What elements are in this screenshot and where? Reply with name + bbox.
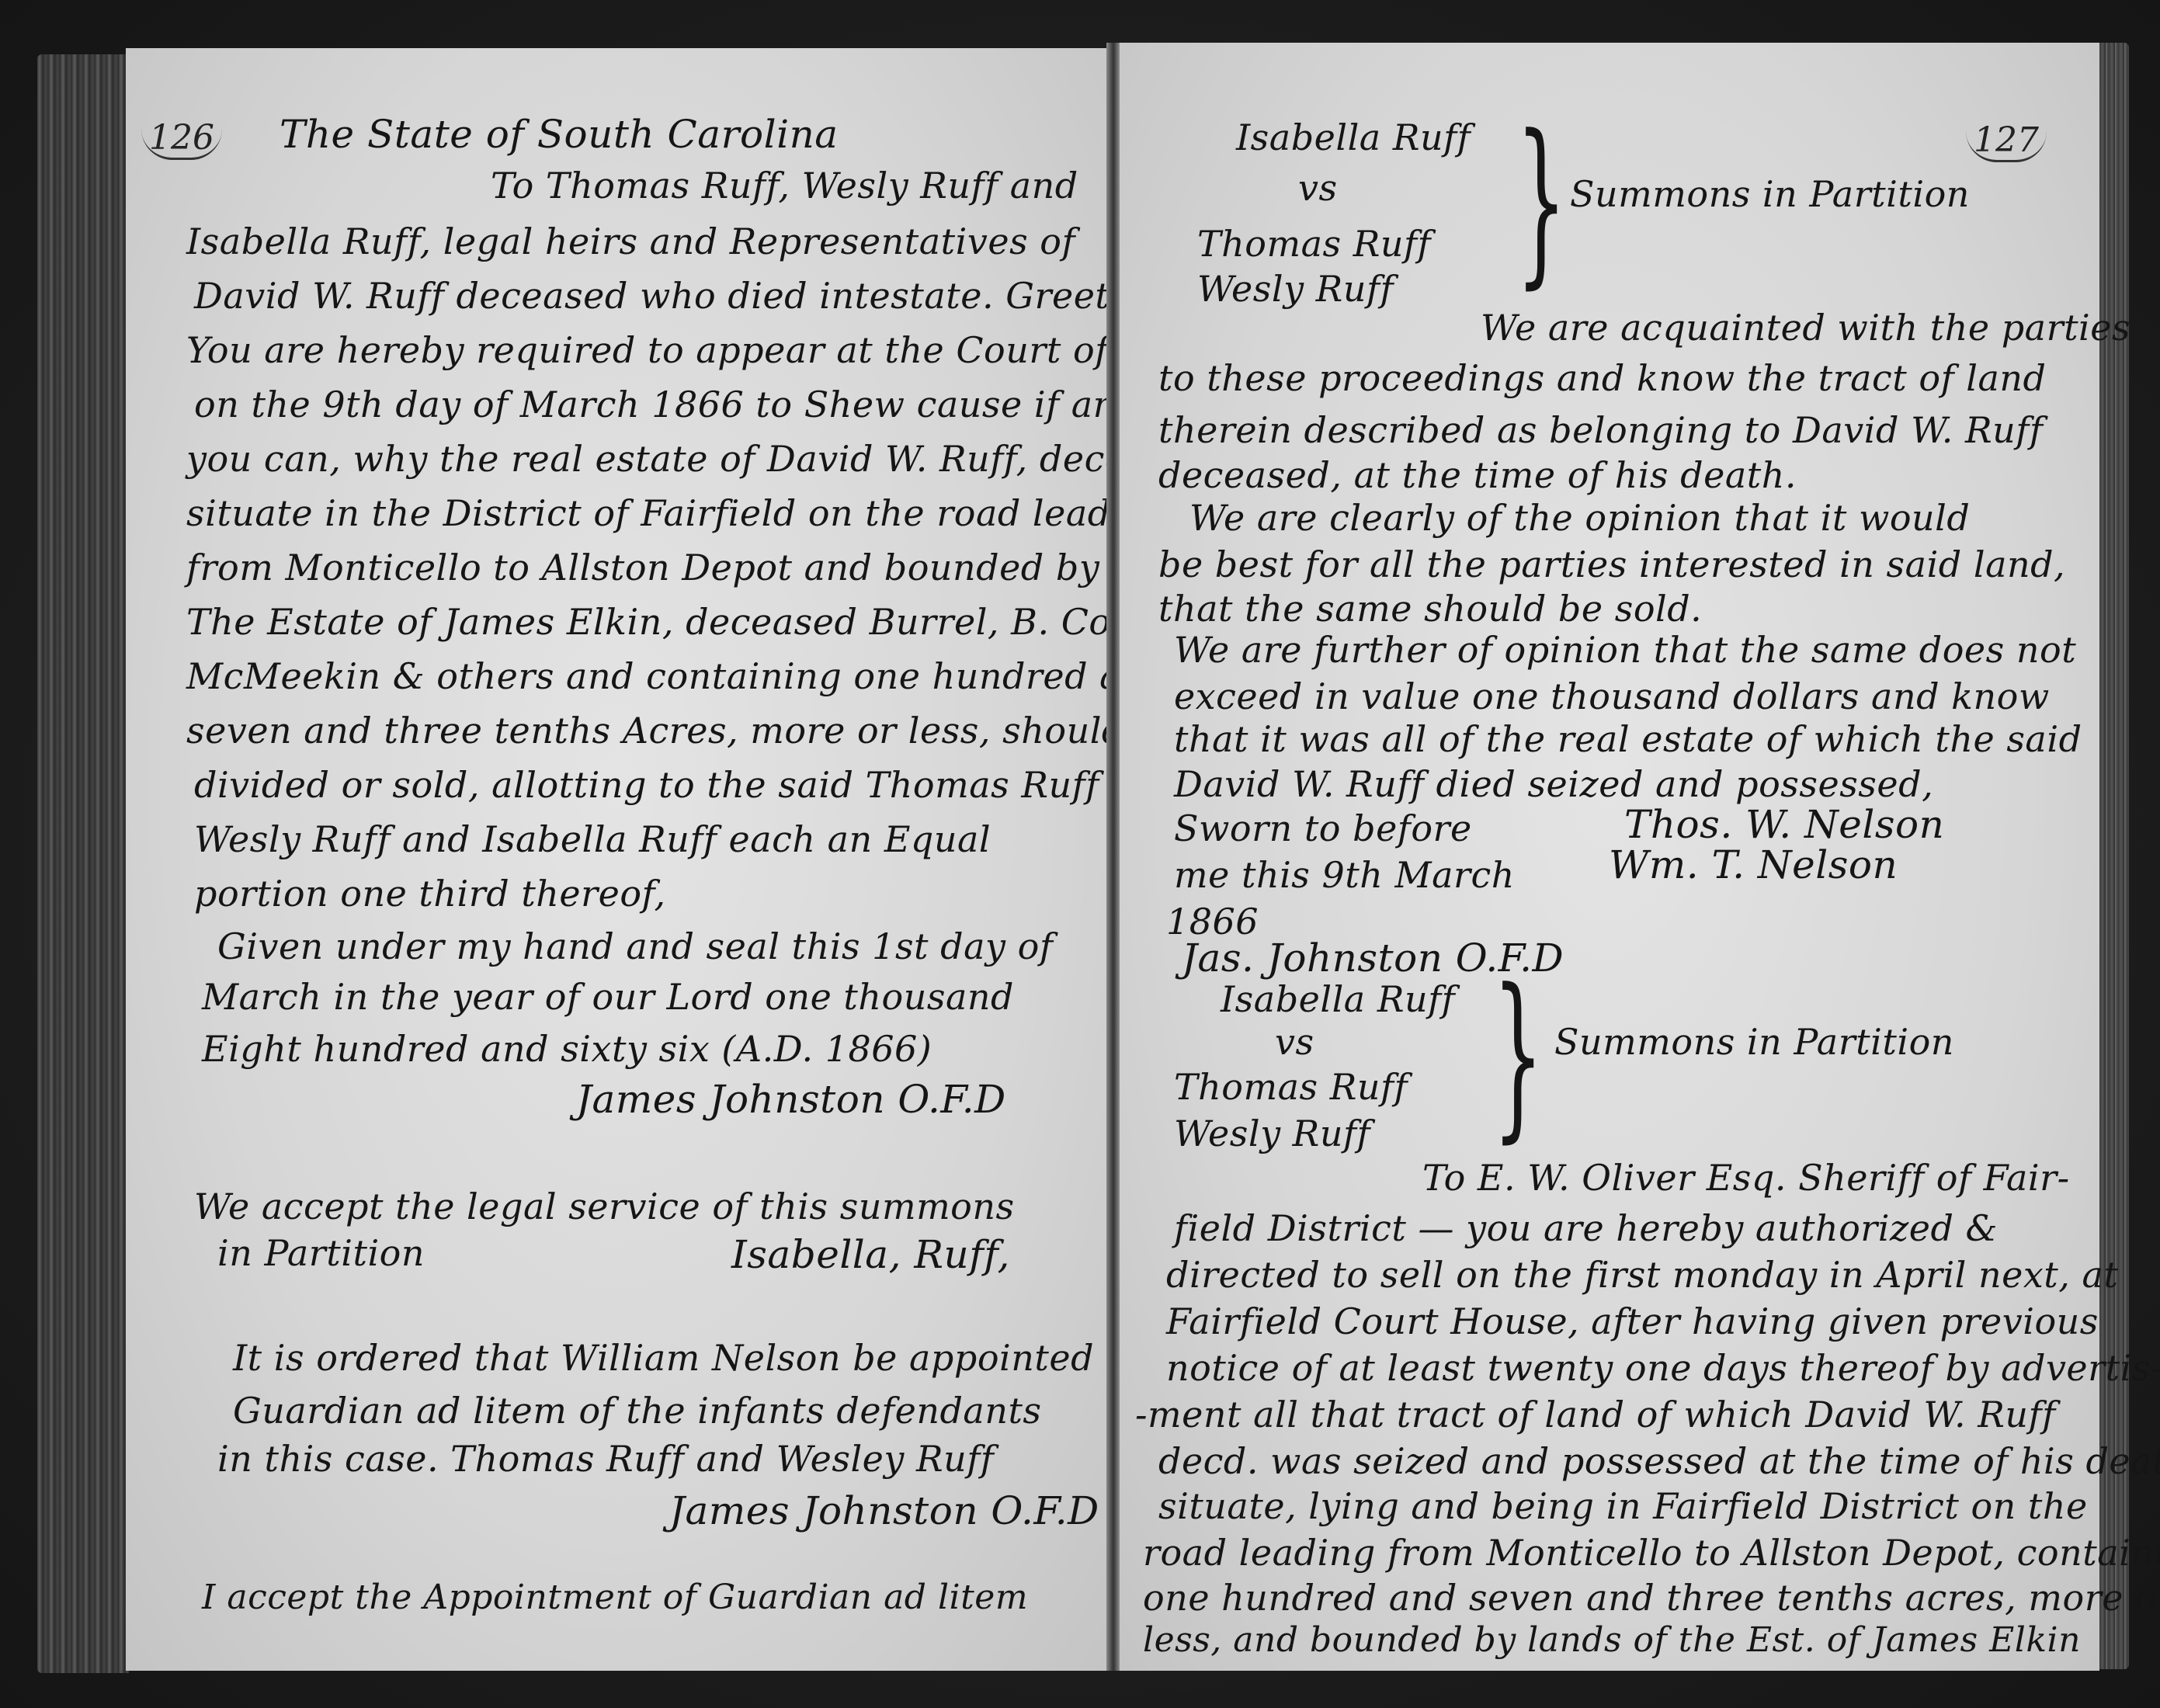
text-line: one hundred and seven and three tenths a… bbox=[1143, 1577, 2160, 1619]
text-line: portion one third thereof, bbox=[194, 873, 666, 915]
signature-isabella-ruff: Isabella, Ruff, bbox=[731, 1232, 1010, 1277]
defendant-name: Wesly Ruff bbox=[1174, 1113, 1370, 1154]
brace-icon: } bbox=[1492, 967, 1544, 1145]
text-line: exceed in value one thousand dollars and… bbox=[1174, 675, 2050, 717]
text-line: therein described as belonging to David … bbox=[1158, 409, 2043, 451]
text-line: It is ordered that William Nelson be app… bbox=[233, 1337, 1094, 1379]
text-line: that the same should be sold. bbox=[1158, 588, 1702, 630]
versus-label: vs bbox=[1275, 1021, 1314, 1063]
defendant-name: Thomas Ruff bbox=[1197, 223, 1431, 265]
text-line: to these proceedings and know the tract … bbox=[1158, 357, 2046, 399]
text-line: Wesly Ruff and Isabella Ruff each an Equ… bbox=[194, 818, 991, 860]
text-line: road leading from Monticello to Allston … bbox=[1143, 1532, 2160, 1574]
right-page: 127 Isabella Ruff vs Thomas Ruff Wesly R… bbox=[1120, 43, 2099, 1671]
left-page-edges bbox=[37, 54, 129, 1673]
text-line: you can, why the real estate of David W.… bbox=[186, 438, 1211, 480]
text-line: notice of at least twenty one days there… bbox=[1166, 1347, 2160, 1389]
text-line: Given under my hand and seal this 1st da… bbox=[217, 925, 1053, 967]
text-line: that it was all of the real estate of wh… bbox=[1174, 718, 2082, 760]
text-line: Isabella Ruff, legal heirs and Represent… bbox=[186, 220, 1075, 262]
text-line: from Monticello to Allston Depot and bou… bbox=[186, 547, 1258, 588]
caption-title: Summons in Partition bbox=[1570, 173, 1970, 215]
text-line: March in the year of our Lord one thousa… bbox=[202, 976, 1014, 1018]
text-line: Sworn to before bbox=[1174, 807, 1472, 849]
signature-wm-nelson: Wm. T. Nelson bbox=[1609, 842, 1898, 887]
text-line: Guardian ad litem of the infants defenda… bbox=[233, 1390, 1042, 1432]
text-line: We are further of opinion that the same … bbox=[1174, 629, 2076, 671]
book-gutter bbox=[1106, 43, 1120, 1671]
text-line: less, and bounded by lands of the Est. o… bbox=[1143, 1620, 2081, 1660]
text-line: Eight hundred and sixty six (A.D. 1866) bbox=[202, 1028, 932, 1070]
text-line: David W. Ruff deceased who died intestat… bbox=[194, 275, 1181, 317]
left-page: 126 The State of South Carolina To Thoma… bbox=[126, 48, 1109, 1671]
document-title: The State of South Carolina bbox=[280, 112, 839, 157]
signature-judge-2: James Johnston O.F.D bbox=[669, 1488, 1099, 1533]
signature-judge-1: James Johnston O.F.D bbox=[576, 1077, 1006, 1122]
text-line: Fairfield Court House, after having give… bbox=[1166, 1300, 2099, 1342]
text-line: in this case. Thomas Ruff and Wesley Ruf… bbox=[217, 1438, 994, 1480]
plaintiff-name: Isabella Ruff bbox=[1236, 116, 1471, 158]
text-line: situate in the District of Fairfield on … bbox=[186, 492, 1169, 534]
text-line: The Estate of James Elkin, deceased Burr… bbox=[186, 601, 1204, 643]
text-line: To Thomas Ruff, Wesly Ruff and bbox=[491, 165, 1078, 207]
text-line: David W. Ruff died seized and possessed, bbox=[1174, 763, 1933, 805]
text-line: decd. was seized and possessed at the ti… bbox=[1158, 1440, 2160, 1482]
text-line: McMeekin & others and containing one hun… bbox=[186, 655, 1168, 697]
text-line: me this 9th March bbox=[1174, 854, 1515, 896]
text-line: field District — you are hereby authoriz… bbox=[1174, 1207, 1998, 1249]
text-line: We are clearly of the opinion that it wo… bbox=[1189, 497, 1970, 539]
text-line: We accept the legal service of this summ… bbox=[194, 1186, 1015, 1227]
text-line: directed to sell on the first monday in … bbox=[1166, 1254, 2118, 1296]
defendant-name: Thomas Ruff bbox=[1174, 1066, 1408, 1108]
versus-label: vs bbox=[1298, 167, 1338, 209]
page-number-left: 126 bbox=[141, 118, 222, 160]
brace-icon: } bbox=[1516, 113, 1567, 291]
signature-thos-nelson: Thos. W. Nelson bbox=[1624, 802, 1944, 847]
text-line: on the 9th day of March 1866 to Shew cau… bbox=[194, 384, 1137, 425]
text-line: To E. W. Oliver Esq. Sheriff of Fair- bbox=[1422, 1157, 2070, 1199]
text-line: I accept the Appointment of Guardian ad … bbox=[202, 1578, 1028, 1617]
caption-title: Summons in Partition bbox=[1554, 1021, 1954, 1063]
text-line: divided or sold, allotting to the said T… bbox=[194, 764, 1099, 806]
text-line: situate, lying and being in Fairfield Di… bbox=[1158, 1485, 2088, 1527]
text-line: -ment all that tract of land of which Da… bbox=[1135, 1394, 2056, 1435]
plaintiff-name: Isabella Ruff bbox=[1221, 978, 1455, 1020]
text-line: be best for all the parties interested i… bbox=[1158, 543, 2065, 585]
text-line: deceased, at the time of his death. bbox=[1158, 454, 1797, 496]
text-line: seven and three tenths Acres, more or le… bbox=[186, 710, 1253, 752]
page-number-right: 127 bbox=[1966, 120, 2047, 162]
defendant-name: Wesly Ruff bbox=[1197, 268, 1394, 310]
right-page-edges bbox=[2096, 43, 2129, 1669]
text-line: in Partition bbox=[217, 1232, 425, 1274]
text-line: We are acquainted with the parties bbox=[1481, 307, 2130, 349]
